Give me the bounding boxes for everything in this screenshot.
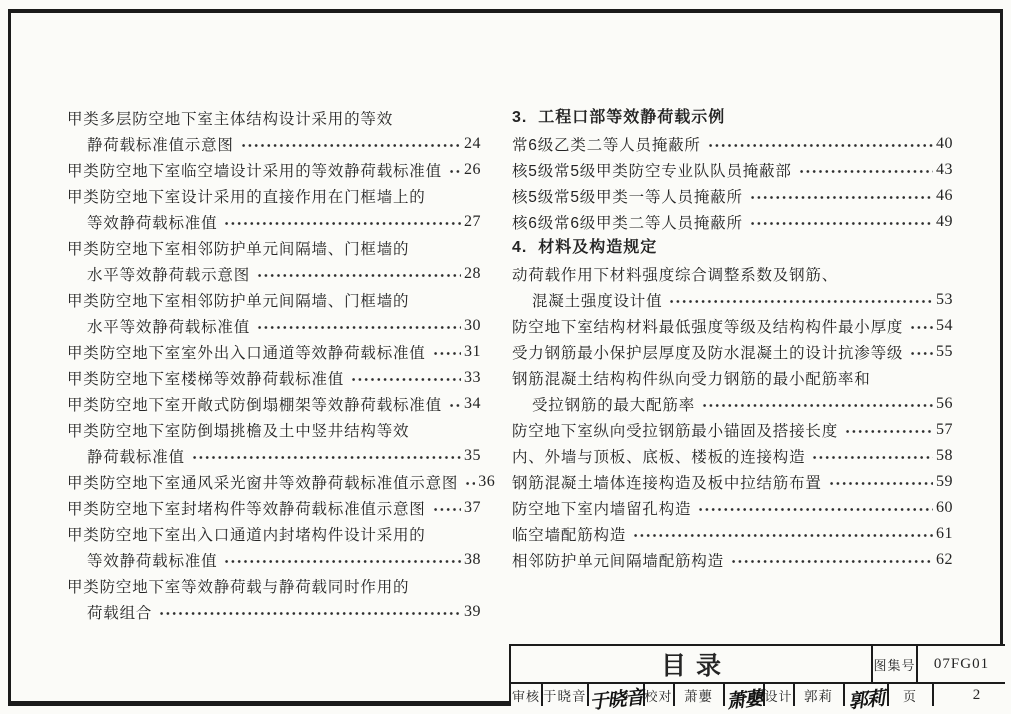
dot-leader	[702, 401, 933, 410]
dot-leader	[698, 505, 933, 514]
toc-line: 甲类防空地下室临空墙设计采用的等效静荷载标准值26	[67, 157, 481, 183]
toc-page-number: 27	[464, 213, 481, 231]
toc-entry-text: 甲类防空地下室封堵构件等效静荷载标准值示意图	[67, 497, 426, 519]
toc-line: 甲类防空地下室封堵构件等效静荷载标准值示意图37	[67, 495, 481, 521]
dot-leader	[465, 479, 475, 488]
toc-page-number: 46	[936, 187, 953, 205]
toc-entry-text: 甲类防空地下室相邻防护单元间隔墙、门框墙的	[67, 237, 409, 259]
dot-leader	[750, 193, 933, 202]
title-block-bottom-row: 审核 于晓音 于晓音 校对 萧蘡 萧蘡 设计 郭莉 郭莉 页 2	[511, 682, 1005, 706]
toc-line: 防空地下室纵向受拉钢筋最小锚固及搭接长度57	[512, 417, 953, 443]
toc-section-header: 3. 工程口部等效静荷载示例	[512, 105, 953, 131]
toc-line: 甲类防空地下室防倒塌挑檐及土中竖井结构等效	[67, 417, 481, 443]
toc-page-number: 53	[936, 291, 953, 309]
toc-entry-text: 静荷载标准值	[87, 445, 185, 467]
toc-line: 相邻防护单元间隔墙配筋构造62	[512, 547, 953, 573]
toc-line: 核5级常5级甲类防空专业队队员掩蔽部43	[512, 157, 953, 183]
toc-entry-text: 防空地下室内墙留孔构造	[512, 497, 691, 519]
toc-entry-text: 防空地下室纵向受拉钢筋最小锚固及搭接长度	[512, 419, 838, 441]
reviewer-name: 于晓音	[541, 684, 587, 706]
dot-leader	[449, 401, 461, 410]
toc-line: 钢筋混凝土墙体连接构造及板中拉结筋布置59	[512, 469, 953, 495]
toc-page-number: 38	[464, 551, 481, 569]
toc-entry-text: 受拉钢筋的最大配筋率	[532, 393, 695, 415]
toc-line: 甲类防空地下室等效静荷载与静荷载同时作用的	[67, 573, 481, 599]
dot-leader	[192, 453, 461, 462]
toc-left-column: 甲类多层防空地下室主体结构设计采用的等效静荷载标准值示意图24甲类防空地下室临空…	[67, 105, 481, 625]
toc-entry-text: 甲类多层防空地下室主体结构设计采用的等效	[67, 107, 393, 129]
designer-signature: 郭莉	[843, 684, 887, 706]
dot-leader	[351, 375, 461, 384]
toc-entry-text: 甲类防空地下室设计采用的直接作用在门框墙上的	[67, 185, 426, 207]
toc-entry-text: 内、外墙与顶板、底板、楼板的连接构造	[512, 445, 805, 467]
toc-line: 防空地下室内墙留孔构造60	[512, 495, 953, 521]
toc-section-header: 4. 材料及构造规定	[512, 235, 953, 261]
toc-page-number: 49	[936, 213, 953, 231]
atlas-number-value: 07FG01	[916, 646, 1005, 682]
toc-entry-text: 荷载组合	[87, 601, 152, 623]
dot-leader	[910, 323, 933, 332]
toc-page-number: 58	[936, 447, 953, 465]
reviewer-label: 审核	[511, 684, 541, 706]
toc-line: 荷载组合39	[67, 599, 481, 625]
title-block-top-row: 目录 图集号 07FG01	[511, 646, 1005, 682]
toc-entry-text: 甲类防空地下室楼梯等效静荷载标准值	[67, 367, 344, 389]
designer-name: 郭莉	[793, 684, 843, 706]
toc-entry-text: 甲类防空地下室出入口通道内封堵构件设计采用的	[67, 523, 426, 545]
toc-line: 等效静荷载标准值27	[67, 209, 481, 235]
dot-leader	[433, 505, 461, 514]
toc-page-number: 59	[936, 473, 953, 491]
toc-page-number: 62	[936, 551, 953, 569]
reviewer-signature: 于晓音	[587, 684, 643, 706]
toc-line: 水平等效静荷载示意图28	[67, 261, 481, 287]
toc-line: 防空地下室结构材料最低强度等级及结构构件最小厚度54	[512, 313, 953, 339]
toc-line: 水平等效静荷载标准值30	[67, 313, 481, 339]
toc-page-number: 30	[464, 317, 481, 335]
toc-right-column: 3. 工程口部等效静荷载示例常6级乙类二等人员掩蔽所40核5级常5级甲类防空专业…	[512, 105, 953, 573]
toc-line: 核6级常6级甲类二等人员掩蔽所49	[512, 209, 953, 235]
checker-signature-text: 萧蘡	[725, 683, 764, 714]
toc-entry-text: 钢筋混凝土结构构件纵向受力钢筋的最小配筋率和	[512, 367, 871, 389]
toc-line: 静荷载标准值35	[67, 443, 481, 469]
title-block: 目录 图集号 07FG01 审核 于晓音 于晓音 校对 萧蘡 萧蘡 设计 郭莉 …	[509, 644, 1005, 706]
dot-leader	[708, 141, 933, 150]
toc-line: 钢筋混凝土结构构件纵向受力钢筋的最小配筋率和	[512, 365, 953, 391]
toc-line: 甲类多层防空地下室主体结构设计采用的等效	[67, 105, 481, 131]
dot-leader	[449, 167, 461, 176]
reviewer-signature-text: 于晓音	[588, 682, 645, 714]
toc-page-number: 36	[478, 473, 495, 491]
toc-entry-text: 混凝土强度设计值	[532, 289, 662, 311]
toc-entry-text: 等效静荷载标准值	[87, 549, 217, 571]
dot-leader	[241, 141, 461, 150]
page-label: 页	[887, 684, 932, 706]
toc-line: 甲类防空地下室室外出入口通道等效静荷载标准值31	[67, 339, 481, 365]
toc-entry-text: 相邻防护单元间隔墙配筋构造	[512, 549, 724, 571]
toc-entry-text: 甲类防空地下室通风采光窗井等效静荷载标准值示意图	[67, 471, 458, 493]
sheet-title: 目录	[511, 646, 871, 682]
designer-label: 设计	[763, 684, 793, 706]
toc-line: 等效静荷载标准值38	[67, 547, 481, 573]
toc-page-number: 37	[464, 499, 481, 517]
toc-page-number: 39	[464, 603, 481, 621]
toc-entry-text: 动荷载作用下材料强度综合调整系数及钢筋、	[512, 263, 838, 285]
toc-page-number: 34	[464, 395, 481, 413]
toc-entry-text: 防空地下室结构材料最低强度等级及结构构件最小厚度	[512, 315, 903, 337]
designer-signature-text: 郭莉	[847, 683, 886, 714]
dot-leader	[669, 297, 933, 306]
toc-page-number: 57	[936, 421, 953, 439]
toc-page-number: 28	[464, 265, 481, 283]
toc-line: 甲类防空地下室相邻防护单元间隔墙、门框墙的	[67, 287, 481, 313]
toc-page-number: 33	[464, 369, 481, 387]
toc-entry-text: 水平等效静荷载示意图	[87, 263, 250, 285]
drawing-sheet: 甲类多层防空地下室主体结构设计采用的等效静荷载标准值示意图24甲类防空地下室临空…	[0, 0, 1011, 714]
dot-leader	[433, 349, 461, 358]
toc-page-number: 40	[936, 135, 953, 153]
toc-entry-text: 水平等效静荷载标准值	[87, 315, 250, 337]
dot-leader	[845, 427, 933, 436]
toc-page-number: 24	[464, 135, 481, 153]
toc-line: 临空墙配筋构造61	[512, 521, 953, 547]
toc-line: 甲类防空地下室相邻防护单元间隔墙、门框墙的	[67, 235, 481, 261]
toc-entry-text: 甲类防空地下室室外出入口通道等效静荷载标准值	[67, 341, 426, 363]
dot-leader	[829, 479, 933, 488]
dot-leader	[224, 219, 461, 228]
toc-page-number: 55	[936, 343, 953, 361]
toc-page-number: 31	[464, 343, 481, 361]
toc-entry-text: 甲类防空地下室防倒塌挑檐及土中竖井结构等效	[67, 419, 409, 441]
toc-page-number: 54	[936, 317, 953, 335]
toc-entry-text: 甲类防空地下室等效静荷载与静荷载同时作用的	[67, 575, 409, 597]
toc-line: 受拉钢筋的最大配筋率56	[512, 391, 953, 417]
toc-page-number: 61	[936, 525, 953, 543]
dot-leader	[731, 557, 933, 566]
toc-line: 甲类防空地下室设计采用的直接作用在门框墙上的	[67, 183, 481, 209]
toc-entry-text: 等效静荷载标准值	[87, 211, 217, 233]
toc-entry-text: 核5级常5级甲类一等人员掩蔽所	[512, 185, 743, 207]
toc-page-number: 26	[464, 161, 481, 179]
toc-entry-text: 钢筋混凝土墙体连接构造及板中拉结筋布置	[512, 471, 822, 493]
toc-entry-text: 临空墙配筋构造	[512, 523, 626, 545]
dot-leader	[224, 557, 461, 566]
toc-line: 甲类防空地下室通风采光窗井等效静荷载标准值示意图36	[67, 469, 481, 495]
dot-leader	[159, 609, 461, 618]
toc-page-number: 60	[936, 499, 953, 517]
toc-line: 核5级常5级甲类一等人员掩蔽所46	[512, 183, 953, 209]
toc-line: 常6级乙类二等人员掩蔽所40	[512, 131, 953, 157]
dot-leader	[812, 453, 933, 462]
dot-leader	[633, 531, 933, 540]
toc-line: 静荷载标准值示意图24	[67, 131, 481, 157]
page-number-value: 2	[932, 684, 1011, 706]
toc-line: 甲类防空地下室出入口通道内封堵构件设计采用的	[67, 521, 481, 547]
toc-entry-text: 受力钢筋最小保护层厚度及防水混凝土的设计抗渗等级	[512, 341, 903, 363]
toc-entry-text: 甲类防空地下室相邻防护单元间隔墙、门框墙的	[67, 289, 409, 311]
toc-line: 内、外墙与顶板、底板、楼板的连接构造58	[512, 443, 953, 469]
toc-entry-text: 常6级乙类二等人员掩蔽所	[512, 133, 701, 155]
toc-entry-text: 甲类防空地下室临空墙设计采用的等效静荷载标准值	[67, 159, 442, 181]
checker-label: 校对	[643, 684, 673, 706]
toc-line: 动荷载作用下材料强度综合调整系数及钢筋、	[512, 261, 953, 287]
toc-page-number: 56	[936, 395, 953, 413]
toc-line: 受力钢筋最小保护层厚度及防水混凝土的设计抗渗等级55	[512, 339, 953, 365]
dot-leader	[910, 349, 933, 358]
dot-leader	[257, 323, 461, 332]
toc-entry-text: 甲类防空地下室开敞式防倒塌棚架等效静荷载标准值	[67, 393, 442, 415]
toc-page-number: 43	[936, 161, 953, 179]
dot-leader	[750, 219, 933, 228]
dot-leader	[257, 271, 461, 280]
checker-signature: 萧蘡	[723, 684, 763, 706]
toc-line: 混凝土强度设计值53	[512, 287, 953, 313]
atlas-number-label: 图集号	[871, 646, 916, 682]
toc-entry-text: 核6级常6级甲类二等人员掩蔽所	[512, 211, 743, 233]
toc-entry-text: 静荷载标准值示意图	[87, 133, 234, 155]
toc-line: 甲类防空地下室开敞式防倒塌棚架等效静荷载标准值34	[67, 391, 481, 417]
toc-entry-text: 核5级常5级甲类防空专业队队员掩蔽部	[512, 159, 792, 181]
checker-name: 萧蘡	[673, 684, 723, 706]
toc-line: 甲类防空地下室楼梯等效静荷载标准值33	[67, 365, 481, 391]
toc-page-number: 35	[464, 447, 481, 465]
dot-leader	[799, 167, 933, 176]
